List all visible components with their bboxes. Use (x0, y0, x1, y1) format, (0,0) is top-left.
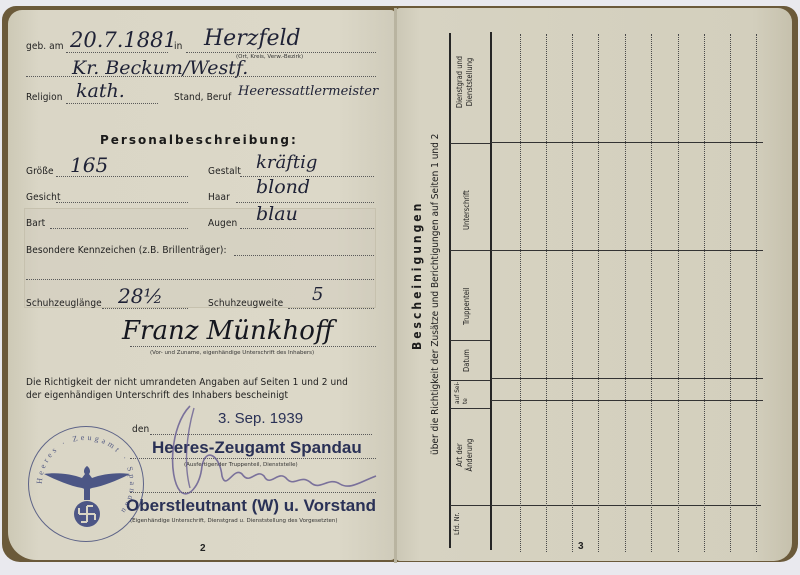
shoe-width-value: 5 (312, 284, 323, 305)
table-rule-3 (491, 378, 763, 379)
booklet-gutter (394, 8, 397, 563)
section-title: Personalbeschreibung: (100, 133, 298, 147)
born-label: geb. am (26, 41, 64, 52)
header-sep-1 (450, 143, 490, 144)
right-page-subtitle: über die Richtigkeit der Zusätze und Ber… (430, 134, 441, 455)
table-rule-4 (491, 400, 763, 401)
table-header-divider (490, 32, 492, 550)
row-dotline (730, 34, 731, 552)
holder-signature: Franz Münkhoff (122, 316, 333, 346)
header-sep-3 (450, 340, 490, 341)
religion-label: Religion (26, 92, 63, 103)
row-dotline (704, 34, 705, 552)
shoe-width-dotline (288, 308, 374, 309)
table-border-left (449, 33, 451, 548)
beard-dotline (50, 228, 188, 229)
holder-signature-caption: (Vor- und Zuname, eigenhändige Unterschr… (150, 350, 314, 356)
col-header-dienstgrad: Dienstgrad und Dienststellung (455, 36, 475, 128)
holder-signature-dotline (130, 346, 376, 347)
religion-dotline (66, 103, 158, 104)
row-dotline (572, 34, 573, 552)
row-dotline (678, 34, 679, 552)
eagle-emblem-icon (42, 460, 132, 530)
place-dotline (186, 52, 376, 53)
build-value: kräftig (256, 152, 317, 173)
occupation-label: Stand, Beruf (174, 92, 231, 103)
special-marks-dotline-2 (26, 279, 374, 280)
row-dotline (520, 34, 521, 552)
row-dotline (546, 34, 547, 552)
table-rule-1 (491, 142, 763, 143)
official-signature (150, 396, 390, 506)
col-header-unterschrift: Unterschrift (462, 190, 471, 230)
right-page-title: Bescheinigungen (410, 201, 424, 350)
col-header-auf-seite: auf Sei- te (453, 380, 469, 404)
row-dotline (651, 34, 652, 552)
build-label: Gestalt (208, 166, 241, 177)
row-dotline (625, 34, 626, 552)
height-label: Größe (26, 166, 54, 177)
eyes-value: blau (256, 203, 298, 225)
col-header-lfd-nr: Lfd. Nr. (453, 507, 462, 535)
hair-label: Haar (208, 192, 230, 203)
beard-label: Bart (26, 218, 45, 229)
shoe-length-dotline (102, 308, 188, 309)
col-header-truppenteil: Truppenteil (462, 287, 471, 325)
birth-date: 20.7.1881 (70, 28, 177, 52)
district-dotline (26, 76, 376, 77)
special-marks-dotline (234, 255, 374, 256)
religion-value: kath. (76, 80, 125, 102)
shoe-length-value: 28½ (118, 284, 163, 308)
col-header-art-der-aenderung: Art der Änderung (455, 430, 475, 480)
in-label: in (174, 41, 182, 52)
face-dotline (56, 202, 188, 203)
certification-line-1: Die Richtigkeit der nicht umrandeten Ang… (26, 377, 348, 388)
table-rule-5 (491, 505, 761, 506)
shoe-length-label: Schuhzeuglänge (26, 298, 102, 309)
row-dotline (598, 34, 599, 552)
table-rule-2 (491, 250, 763, 251)
eyes-label: Augen (208, 218, 237, 229)
born-dotline (66, 52, 168, 53)
hair-value: blond (256, 176, 310, 198)
header-sep-6 (450, 505, 490, 506)
header-sep-5 (450, 408, 490, 409)
col-header-datum: Datum (462, 349, 471, 372)
eyes-dotline (240, 228, 374, 229)
row-dotline (756, 34, 757, 552)
occupation-value: Heeressattlermeister (238, 84, 378, 99)
special-marks-label: Besondere Kennzeichen (z.B. Brillenträge… (26, 245, 227, 256)
page-number-right: 3 (578, 541, 584, 552)
page-number-left: 2 (200, 543, 206, 554)
header-sep-2 (450, 250, 490, 251)
rank-caption: (Eigenhändige Unterschrift, Dienstgrad u… (130, 518, 338, 524)
shoe-width-label: Schuhzeugweite (208, 298, 283, 309)
height-value: 165 (70, 153, 108, 177)
birth-place: Herzfeld (204, 26, 301, 51)
